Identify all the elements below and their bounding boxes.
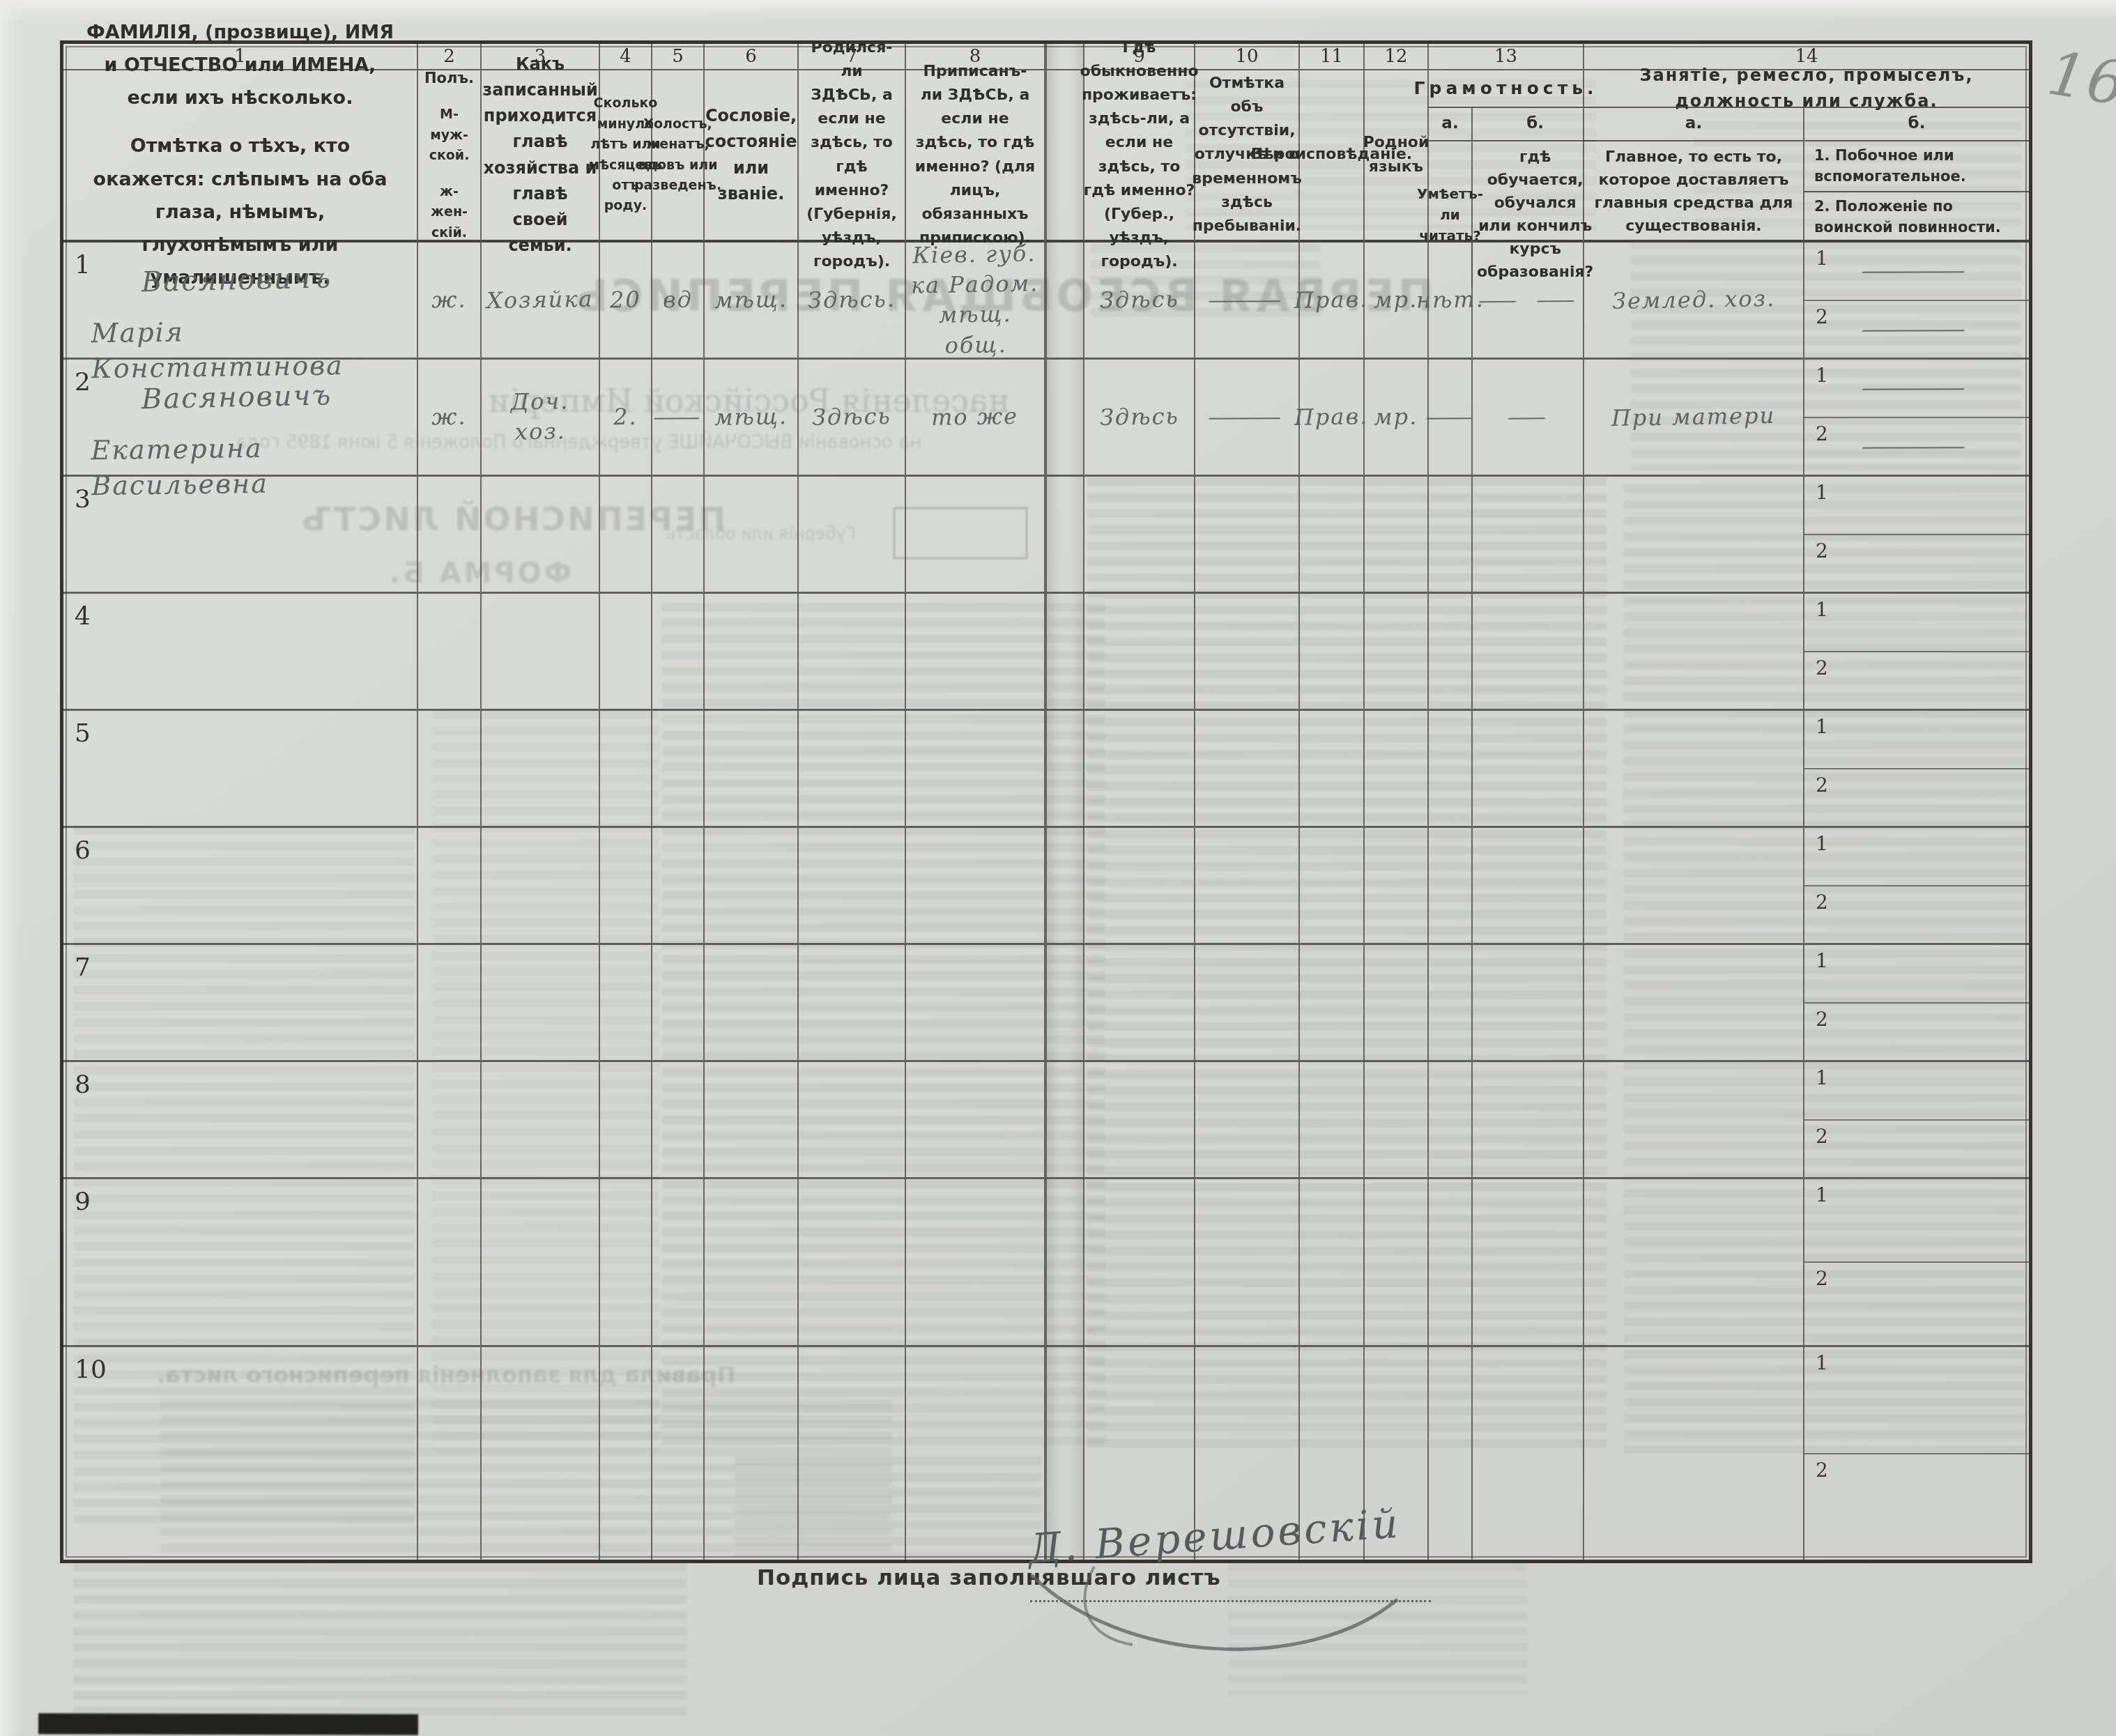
row-1-c7: Здѣсь. [799,243,906,360]
handwritten-entry: мѣщ. [712,399,791,436]
header-relation: Какъ записанный приходится главѣ хозяйст… [482,70,600,243]
row-6-c4 [600,828,652,945]
row-8-c13a [1429,1062,1473,1179]
row-3-c1: 3 [63,477,418,594]
row-9-c7 [799,1179,906,1347]
row-3-c12 [1365,477,1429,594]
header-occupation-b-label: б. [1804,108,2029,141]
row-4-c7 [799,594,906,711]
sub-row-number: 1 [1816,598,1828,621]
col-number-6: 6 [705,44,799,70]
header-literacy-title: Грамотность. [1429,70,1583,108]
row-6-c13b [1473,828,1584,945]
row-3-c14b: 12 [1804,477,2029,594]
row-1-c13b: — — [1473,243,1584,360]
row-7-c13a [1429,945,1473,1062]
row-7-c9 [1084,945,1195,1062]
row-3-c6 [705,477,799,594]
row-3-c13b [1473,477,1584,594]
row-10-c1: 10 [63,1347,418,1560]
handwritten-entry: то же [928,399,1022,436]
row-number: 2 [75,368,91,397]
row-5-c4 [600,711,652,828]
row-1-c6: мѣщ. [705,243,799,360]
header-literacy: Грамотность. а. Умѣетъ-ли читать? б. гдѣ… [1429,70,1584,243]
row-10-c14a [1584,1347,1804,1560]
row-number: 10 [75,1355,107,1384]
row-5-c6 [705,711,799,828]
handwritten-entry: ж. [429,399,470,435]
census-sheet-scan: ПЕРВАЯ ВСЕОБЩАЯ ПЕРЕПИСЬ населенія Россі… [0,0,2116,1736]
row-2-c14b1: 1— [1804,360,2029,418]
row-8-c4 [600,1062,652,1179]
row-1-c10: — [1195,243,1300,360]
row-8-c2 [418,1062,482,1179]
row-7-c10 [1195,945,1300,1062]
handwritten-entry: 20 [607,282,645,318]
sub-row-number: 1 [1816,364,1828,387]
sub-row-number: 2 [1816,774,1828,797]
header-occupation: Занятіе, ремесло, промыселъ, должность и… [1584,70,2029,243]
header-occupation-b-item2: 2. Положеніе по воинской повинности. [1804,192,2029,242]
header-occupation-b-item1: 1. Побочное или вспомогательное. [1804,141,2029,192]
sub-row-number: 2 [1816,891,1828,914]
row-2-c14b2: 2— [1804,418,2029,475]
fold-crease [1045,711,1084,828]
sub-row-number: 2 [1816,1125,1828,1148]
col-number-13: 13 [1429,44,1584,70]
row-9-c4 [600,1179,652,1347]
row-10-c14b1: 1 [1804,1347,2029,1454]
sub-row-number: 2 [1816,1267,1828,1290]
row-8-c6 [705,1062,799,1179]
row-7-c1: 7 [63,945,418,1062]
sub-row-number: 1 [1816,1183,1828,1206]
handwritten-entry: При матери [1609,398,1779,436]
header-occupation-a-label: а. [1584,108,1803,141]
row-10-c4 [600,1347,652,1560]
row-10-c3 [482,1347,600,1560]
header-residence: Гдѣ обыкновенно проживаетъ: здѣсь-ли, а … [1084,70,1195,243]
row-2-c3: Доч. хоз. [482,360,600,477]
row-8-c7 [799,1062,906,1179]
row-4-c3 [482,594,600,711]
handwritten-entry: мр. [1371,399,1421,435]
row-6-c14b1: 1 [1804,828,2029,886]
header-sex: Полъ. М-муж-ской. ж-жен-скій. [418,70,482,243]
row-8-c9 [1084,1062,1195,1179]
row-1-c14a: Землед. хоз. [1584,243,1804,360]
row-8-c14b1: 1 [1804,1062,2029,1121]
row-5-c14b1: 1 [1804,711,2029,769]
row-2-c2: ж. [418,360,482,477]
row-5-c14b2: 2 [1804,769,2029,827]
row-2-c8: то же [906,360,1045,477]
row-1-c2: ж. [418,243,482,360]
handwritten-entry: Прав. [1291,399,1372,436]
header-birthplace: Родился-ли ЗДѢСЬ, а если не здѣсь, то гд… [799,70,906,243]
row-3-c2 [418,477,482,594]
row-6-c6 [705,828,799,945]
row-2-c11: Прав. [1300,360,1365,477]
sub-row-number: 2 [1816,305,1828,328]
row-3-c10 [1195,477,1300,594]
row-1-c9: Здѣсь [1084,243,1195,360]
row-5-c3 [482,711,600,828]
handwritten-entry: вд [660,282,696,318]
handwritten-entry: Доч. хоз. [481,383,599,451]
row-8-c8 [906,1062,1045,1179]
row-1-c3: Хозяйка [482,243,600,360]
col-number-4: 4 [600,44,652,70]
row-2-c10: — [1195,360,1300,477]
handwritten-entry: Здѣсь. [805,282,899,319]
row-10-c14b2: 2 [1804,1454,2029,1560]
handwritten-entry: Хозяйка [484,282,597,319]
row-5-c13a [1429,711,1473,828]
row-7-c14b1: 1 [1804,945,2029,1004]
row-6-c13a [1429,828,1473,945]
row-10-c13b [1473,1347,1584,1560]
row-10-c8 [906,1347,1045,1560]
handwritten-surname: Васяновичъ [141,258,417,301]
header-sex-title: Полъ. [424,67,474,90]
row-4-c1: 4 [63,594,418,711]
row-4-c6 [705,594,799,711]
row-1-c1: 1ВасяновичъМарія Константинова [63,243,418,360]
row-10-c5 [652,1347,705,1560]
header-estate: Сословіе, состояніе или званіе. [705,70,799,243]
row-7-c13b [1473,945,1584,1062]
sub-row-number: 1 [1816,715,1828,738]
header-name-main: ФАМИЛІЯ, (прозвище), ИМЯ и ОТЧЕСТВО или … [82,16,399,115]
header-literacy-b-label: б. [1473,108,1597,141]
sub-row-number: 1 [1816,1066,1828,1089]
row-6-c8 [906,828,1045,945]
handwritten-entry: — [1501,399,1554,436]
handwritten-entry: 2. [611,399,641,436]
handwritten-entry: — [645,399,710,436]
row-5-c9 [1084,711,1195,828]
row-6-c11 [1300,828,1365,945]
sub-row-number: 1 [1816,247,1828,270]
header-marital: Холостъ, женатъ, вдовъ или разведенъ. [652,70,705,243]
row-number: 4 [75,602,91,631]
row-2-c14a: При матери [1584,360,1804,477]
sub-row-number: 1 [1816,481,1828,504]
handwritten-entry: — — [1472,282,1584,318]
row-6-c14b: 12 [1804,828,2029,945]
handwritten-entry: — [1842,428,1991,464]
row-5-c8 [906,711,1045,828]
row-8-c10 [1195,1062,1300,1179]
header-occupation-a: а. Главное, то есть то, которое доставля… [1584,108,1804,242]
col-number-12: 12 [1365,44,1429,70]
row-1-c8: Кіев. губ. ка Радом. мѣщ. общ. [906,243,1045,360]
row-1-c14b: 1—2— [1804,243,2029,360]
row-9-c3 [482,1179,600,1347]
row-8-c1: 8 [63,1062,418,1179]
header-religion: Вѣроисповѣданіе. [1300,70,1365,243]
row-2-c1: 2ВасяновичъЕкатерина Васильевна [63,360,418,477]
row-9-c14a [1584,1179,1804,1347]
header-sex-male: М-муж-ской. [425,105,473,166]
row-9-c9 [1084,1179,1195,1347]
sub-row-number: 2 [1816,539,1828,562]
row-2-c13a: — [1429,360,1473,477]
row-7-c4 [600,945,652,1062]
row-3-c5 [652,477,705,594]
row-5-c13b [1473,711,1584,828]
row-7-c2 [418,945,482,1062]
header-name-column: ФАМИЛІЯ, (прозвище), ИМЯ и ОТЧЕСТВО или … [63,70,418,243]
row-9-c6 [705,1179,799,1347]
sub-row-number: 2 [1816,1459,1828,1482]
row-6-c10 [1195,828,1300,945]
row-2-c14b: 1—2— [1804,360,2029,477]
row-4-c14b: 12 [1804,594,2029,711]
sub-row-number: 2 [1816,422,1828,445]
row-number: 3 [75,485,91,514]
row-2-c6: мѣщ. [705,360,799,477]
row-5-c14b: 12 [1804,711,2029,828]
row-6-c14b2: 2 [1804,886,2029,944]
row-8-c3 [482,1062,600,1179]
row-8-c13b [1473,1062,1584,1179]
row-1-c4: 20 [600,243,652,360]
row-1-c13a: нѣт. [1429,243,1473,360]
handwritten-entry: Здѣсь [1096,399,1182,436]
row-9-c13b [1473,1179,1584,1347]
row-2-c4: 2. [600,360,652,477]
row-4-c9 [1084,594,1195,711]
row-3-c9 [1084,477,1195,594]
row-4-c8 [906,594,1045,711]
row-6-c9 [1084,828,1195,945]
sub-row-number: 2 [1816,656,1828,679]
row-4-c12 [1365,594,1429,711]
signature-flourish [1011,1561,1415,1680]
sub-row-number: 1 [1816,949,1828,972]
row-3-c14b1: 1 [1804,477,2029,535]
row-number: 5 [75,719,91,748]
header-occupation-a-text: Главное, то есть то, которое доставляетъ… [1584,141,1803,242]
row-9-c13a [1429,1179,1473,1347]
row-3-c8 [906,477,1045,594]
row-1-c11: Прав. [1300,243,1365,360]
row-number: 6 [75,836,91,865]
row-3-c11 [1300,477,1365,594]
sub-row-number: 1 [1816,832,1828,855]
row-5-c14a [1584,711,1804,828]
row-5-c10 [1195,711,1300,828]
row-9-c5 [652,1179,705,1347]
row-2-c7: Здѣсь [799,360,906,477]
row-6-c3 [482,828,600,945]
header-occupation-b: б. 1. Побочное или вспомогательное. 2. П… [1804,108,2029,242]
row-4-c14a [1584,594,1804,711]
row-7-c14b2: 2 [1804,1004,2029,1061]
fold-crease [1045,477,1084,594]
handwritten-entry: Землед. хоз. [1609,281,1778,319]
col-number-10: 10 [1195,44,1300,70]
row-5-c11 [1300,711,1365,828]
row-8-c14a [1584,1062,1804,1179]
row-4-c4 [600,594,652,711]
row-4-c11 [1300,594,1365,711]
row-3-c13a [1429,477,1473,594]
row-4-c5 [652,594,705,711]
row-6-c5 [652,828,705,945]
row-3-c3 [482,477,600,594]
fold-crease [1045,1062,1084,1179]
row-3-c14b2: 2 [1804,535,2029,592]
row-1-c14b2: 2— [1804,301,2029,358]
row-10-c6 [705,1347,799,1560]
paper-edge [0,0,24,1736]
row-8-c14b: 12 [1804,1062,2029,1179]
handwritten-entry: Кіев. губ. ка Радом. мѣщ. общ. [905,236,1045,364]
row-6-c2 [418,828,482,945]
row-8-c11 [1300,1062,1365,1179]
row-2-c13b: — [1473,360,1584,477]
bleedthrough-paragraph [73,1563,687,1715]
fold-crease [1045,243,1084,360]
row-9-c14b1: 1 [1804,1179,2029,1263]
row-number: 1 [75,251,91,279]
row-7-c11 [1300,945,1365,1062]
row-9-c14b: 12 [1804,1179,2029,1347]
row-5-c2 [418,711,482,828]
row-10-c7 [799,1347,906,1560]
census-grid: 1 2 3 4 5 6 7 8 9 10 11 12 13 14 ФАМИЛІЯ… [63,44,2029,1560]
row-5-c7 [799,711,906,828]
row-7-c8 [906,945,1045,1062]
handwritten-entry: — [1195,282,1299,318]
row-5-c5 [652,711,705,828]
row-8-c5 [652,1062,705,1179]
row-3-c4 [600,477,652,594]
row-7-c6 [705,945,799,1062]
handwritten-entry: — [1842,253,1991,289]
row-4-c14b1: 1 [1804,594,2029,652]
row-7-c5 [652,945,705,1062]
fold-crease [1045,70,1084,243]
col-number-5: 5 [652,44,705,70]
col-number-11: 11 [1300,44,1365,70]
handwritten-entry: Здѣсь [809,399,895,436]
handwritten-entry: — [1842,311,1991,347]
row-1-c5: вд [652,243,705,360]
row-9-c2 [418,1179,482,1347]
row-1-c14b1: 1— [1804,243,2029,301]
row-4-c13a [1429,594,1473,711]
handwritten-entry: Здѣсь [1096,282,1182,318]
row-number: 8 [75,1070,91,1099]
header-literacy-a-label: а. [1429,108,1471,141]
handwritten-entry: Прав. [1291,282,1372,318]
row-9-c1: 9 [63,1179,418,1347]
row-2-c5: — [652,360,705,477]
row-3-c14a [1584,477,1804,594]
row-8-c14b2: 2 [1804,1121,2029,1178]
row-7-c14b: 12 [1804,945,2029,1062]
row-4-c14b2: 2 [1804,652,2029,709]
header-registration: Приписанъ-ли ЗДѢСЬ, а если не здѣсь, то … [906,70,1045,243]
fold-crease [1045,1179,1084,1347]
handwritten-entry: мѣщ. [712,282,791,318]
row-number: 9 [75,1188,91,1216]
row-7-c7 [799,945,906,1062]
row-9-c11 [1300,1179,1365,1347]
sub-row-number: 1 [1816,1351,1828,1374]
scan-edge-artifact [38,1713,418,1735]
row-6-c7 [799,828,906,945]
handwritten-entry: — [1842,370,1991,406]
handwritten-surname: Васяновичъ [141,375,417,418]
row-8-c12 [1365,1062,1429,1179]
row-9-c10 [1195,1179,1300,1347]
fold-crease [1045,945,1084,1062]
row-10-c14b: 12 [1804,1347,2029,1560]
row-6-c1: 6 [63,828,418,945]
row-7-c12 [1365,945,1429,1062]
row-4-c2 [418,594,482,711]
row-3-c7 [799,477,906,594]
fold-crease [1045,594,1084,711]
row-6-c14a [1584,828,1804,945]
row-2-c9: Здѣсь [1084,360,1195,477]
handwritten-entry: ж. [429,282,470,318]
row-7-c3 [482,945,600,1062]
row-10-c13a [1429,1347,1473,1560]
row-number: 7 [75,953,91,982]
fold-crease [1045,360,1084,477]
header-occupation-title: Занятіе, ремесло, промыселъ, должность и… [1584,70,2029,108]
fold-crease [1045,828,1084,945]
page-number-annotation: 160 [2043,38,2116,125]
row-7-c14a [1584,945,1804,1062]
row-10-c2 [418,1347,482,1560]
header-sex-female: ж-жен-скій. [425,182,473,243]
row-5-c1: 5 [63,711,418,828]
row-4-c13b [1473,594,1584,711]
sub-row-number: 2 [1816,1008,1828,1031]
row-9-c12 [1365,1179,1429,1347]
census-table: 1 2 3 4 5 6 7 8 9 10 11 12 13 14 ФАМИЛІЯ… [60,40,2032,1563]
row-5-c12 [1365,711,1429,828]
row-4-c10 [1195,594,1300,711]
fold-crease [1045,44,1084,70]
row-6-c12 [1365,828,1429,945]
row-9-c8 [906,1179,1045,1347]
handwritten-entry: — [1195,399,1299,436]
row-9-c14b2: 2 [1804,1263,2029,1345]
